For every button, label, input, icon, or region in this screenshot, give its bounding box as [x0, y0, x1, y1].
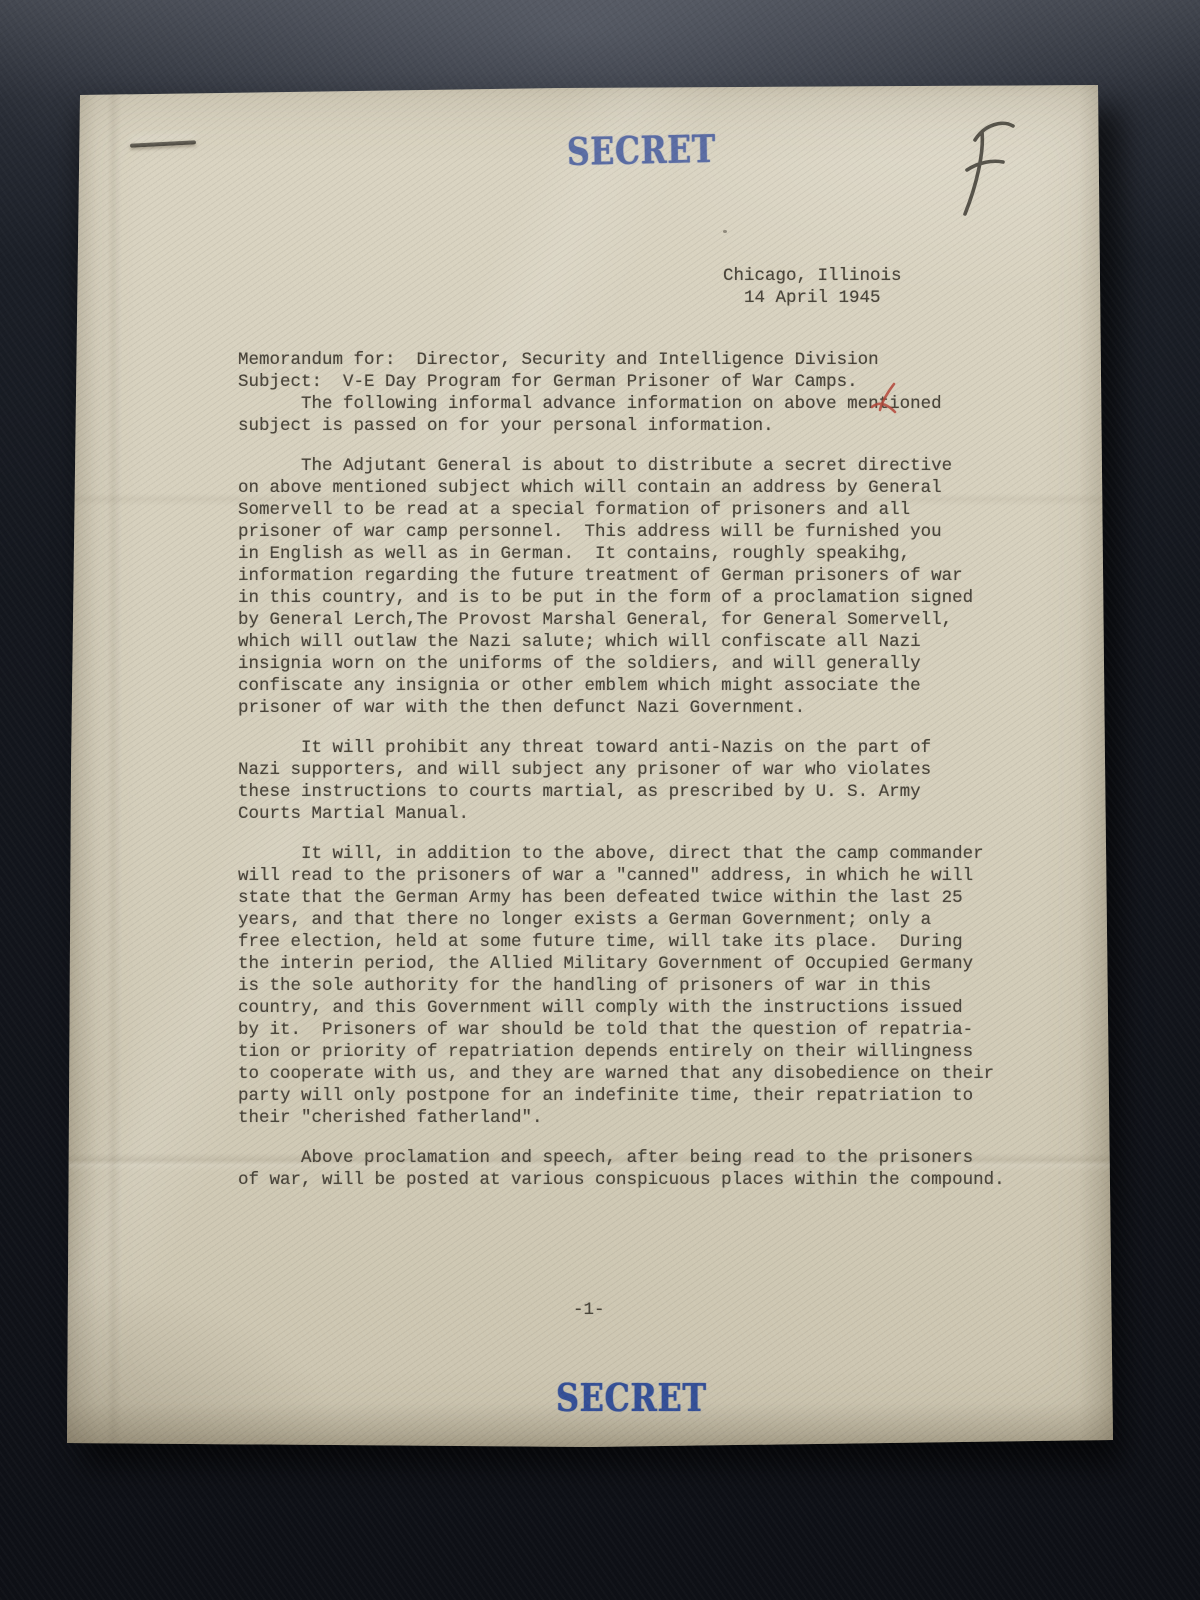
- memo-paragraph: The Adjutant General is about to distrib…: [238, 455, 1038, 719]
- paper-speck: [723, 230, 727, 233]
- memo-line: Nazi supporters, and will subject any pr…: [238, 759, 1038, 781]
- memo-line: these instructions to courts martial, as…: [238, 781, 1038, 803]
- memo-line: by General Lerch,The Provost Marshal Gen…: [238, 609, 1038, 631]
- memo-paragraph: The following informal advance informati…: [238, 393, 1038, 437]
- memo-line: The Adjutant General is about to distrib…: [238, 455, 1038, 477]
- memo-line: will read to the prisoners of war a "can…: [238, 865, 1038, 887]
- memo-line: prisoner of war camp personnel. This add…: [238, 521, 1038, 543]
- memo-body: Memorandum for: Director, Security and I…: [238, 349, 1038, 1209]
- memo-line: It will, in addition to the above, direc…: [238, 843, 1038, 865]
- memo-line: subject is passed on for your personal i…: [238, 415, 1038, 437]
- memo-line: on above mentioned subject which will co…: [238, 477, 1038, 499]
- dateline-line: Chicago, Illinois: [723, 265, 902, 287]
- memo-line: is the sole authority for the handling o…: [238, 975, 1038, 997]
- memo-line: by it. Prisoners of war should be told t…: [238, 1019, 1038, 1041]
- memo-paragraph: It will, in addition to the above, direc…: [238, 843, 1038, 1129]
- memo-page: SECRET Chicago, Illinois 14 April 1945 M…: [67, 85, 1113, 1447]
- dateline-line: 14 April 1945: [723, 287, 902, 309]
- memo-line: free election, held at some future time,…: [238, 931, 1038, 953]
- memo-line: their "cherished fatherland".: [238, 1107, 1038, 1129]
- secret-stamp-bottom: SECRET: [556, 1375, 707, 1420]
- secret-stamp-top: SECRET: [567, 126, 716, 174]
- memo-paragraph: Above proclamation and speech, after bei…: [238, 1147, 1038, 1191]
- memo-line: which will outlaw the Nazi salute; which…: [238, 631, 1038, 653]
- memo-paragraph: It will prohibit any threat toward anti-…: [238, 737, 1038, 825]
- memo-line: to cooperate with us, and they are warne…: [238, 1063, 1038, 1085]
- memo-paragraphs: The following informal advance informati…: [238, 393, 1038, 1191]
- memo-line: prisoner of war with the then defunct Na…: [238, 697, 1038, 719]
- memo-line: It will prohibit any threat toward anti-…: [238, 737, 1038, 759]
- memo-line: the interin period, the Allied Military …: [238, 953, 1038, 975]
- dateline: Chicago, Illinois 14 April 1945: [723, 265, 902, 309]
- memo-line: confiscate any insignia or other emblem …: [238, 675, 1038, 697]
- subject-line: Subject: V-E Day Program for German Pris…: [238, 371, 1038, 393]
- page-number: -1-: [573, 1299, 605, 1321]
- handwritten-f-annotation: [955, 118, 1025, 226]
- memo-for-line: Memorandum for: Director, Security and I…: [238, 349, 1038, 371]
- memo-line: of war, will be posted at various conspi…: [238, 1169, 1038, 1191]
- memo-line: The following informal advance informati…: [238, 393, 1038, 415]
- memo-line: in English as well as in German. It cont…: [238, 543, 1038, 565]
- memo-line: tion or priority of repatriation depends…: [238, 1041, 1038, 1063]
- staple: [130, 140, 196, 147]
- memo-line: Above proclamation and speech, after bei…: [238, 1147, 1038, 1169]
- memo-line: country, and this Government will comply…: [238, 997, 1038, 1019]
- photo-background: SECRET Chicago, Illinois 14 April 1945 M…: [0, 0, 1200, 1600]
- memo-line: Somervell to be read at a special format…: [238, 499, 1038, 521]
- memo-line: years, and that there no longer exists a…: [238, 909, 1038, 931]
- memo-line: Courts Martial Manual.: [238, 803, 1038, 825]
- memo-line: in this country, and is to be put in the…: [238, 587, 1038, 609]
- memo-line: insignia worn on the uniforms of the sol…: [238, 653, 1038, 675]
- red-check-mark: [866, 381, 908, 417]
- memo-line: state that the German Army has been defe…: [238, 887, 1038, 909]
- memo-line: party will only postpone for an indefini…: [238, 1085, 1038, 1107]
- memo-line: information regarding the future treatme…: [238, 565, 1038, 587]
